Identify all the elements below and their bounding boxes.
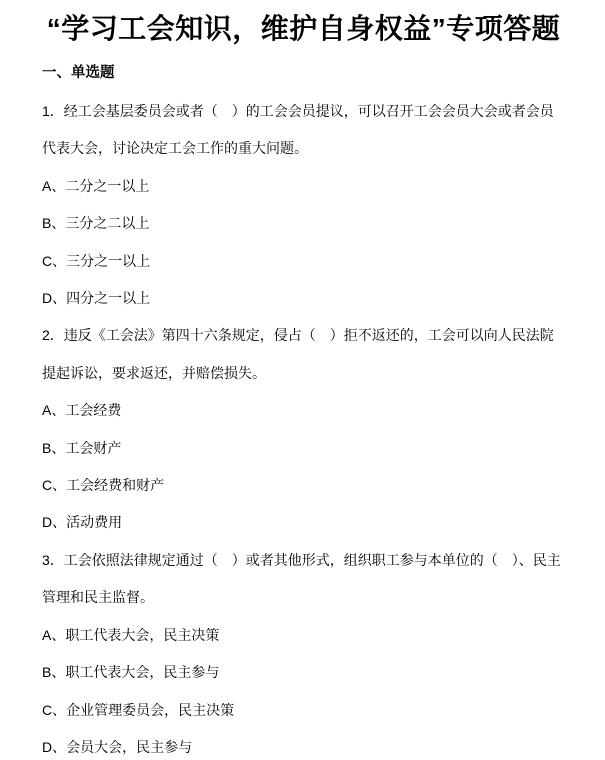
option-a: A、二分之一以上 xyxy=(42,168,565,205)
question-text: 3．工会依照法律规定通过（ ）或者其他形式，组织职工参与本单位的（ ）、民主管理… xyxy=(42,542,565,617)
page-title: “学习工会知识，维护自身权益”专项答题 xyxy=(42,12,565,46)
option-a: A、职工代表大会，民主决策 xyxy=(42,617,565,654)
option-d: D、会员大会，民主参与 xyxy=(42,729,565,760)
question-block-2: 2．违反《工会法》第四十六条规定，侵占（ ）拒不返还的，工会可以向人民法院提起诉… xyxy=(42,317,565,541)
question-text: 1．经工会基层委员会或者（ ）的工会会员提议，可以召开工会会员大会或者会员代表大… xyxy=(42,93,565,168)
option-c: C、企业管理委员会，民主决策 xyxy=(42,692,565,729)
option-a: A、工会经费 xyxy=(42,392,565,429)
option-d: D、四分之一以上 xyxy=(42,280,565,317)
option-b: B、工会财产 xyxy=(42,430,565,467)
option-c: C、工会经费和财产 xyxy=(42,467,565,504)
question-list: 1．经工会基层委员会或者（ ）的工会会员提议，可以召开工会会员大会或者会员代表大… xyxy=(42,93,565,760)
question-text: 2．违反《工会法》第四十六条规定，侵占（ ）拒不返还的，工会可以向人民法院提起诉… xyxy=(42,317,565,392)
option-d: D、活动费用 xyxy=(42,504,565,541)
document-page: “学习工会知识，维护自身权益”专项答题 一、单选题 1．经工会基层委员会或者（ … xyxy=(0,0,605,760)
question-block-3: 3．工会依照法律规定通过（ ）或者其他形式，组织职工参与本单位的（ ）、民主管理… xyxy=(42,542,565,760)
option-b: B、三分之二以上 xyxy=(42,205,565,242)
option-c: C、三分之一以上 xyxy=(42,243,565,280)
section-heading: 一、单选题 xyxy=(42,62,565,84)
question-block-1: 1．经工会基层委员会或者（ ）的工会会员提议，可以召开工会会员大会或者会员代表大… xyxy=(42,93,565,317)
option-b: B、职工代表大会，民主参与 xyxy=(42,654,565,691)
